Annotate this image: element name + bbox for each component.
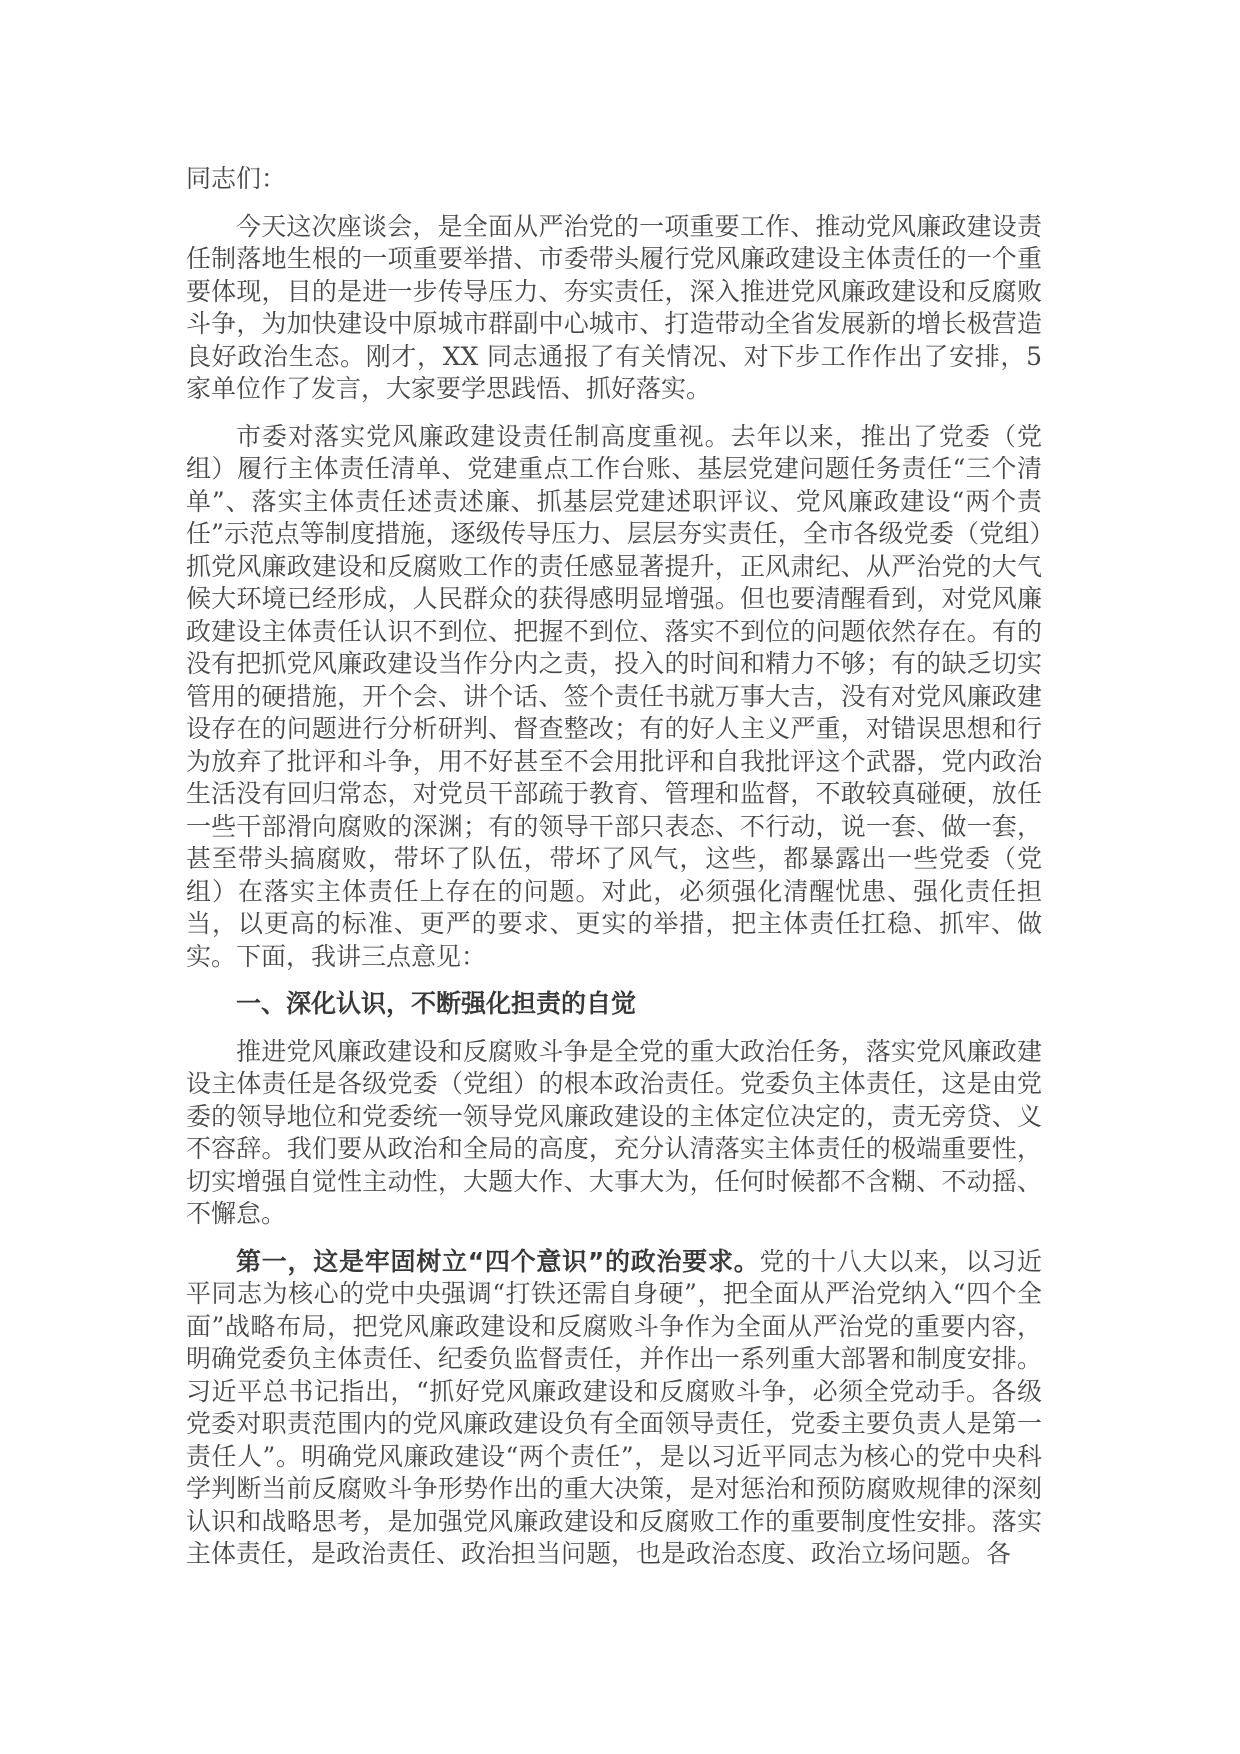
section-heading-1: 一、深化认识，不断强化担责的自觉 (186, 988, 1042, 1021)
point-1-lead-bold: 第一，这是牢固树立“四个意识”的政治要求。 (236, 1247, 760, 1276)
document-page: 同志们： 今天这次座谈会，是全面从严治党的一项重要工作、推动党风廉政建设责任制落… (0, 0, 1240, 1754)
paragraph-point-1: 第一，这是牢固树立“四个意识”的政治要求。党的十八大以来，以习近平同志为核心的党… (186, 1246, 1042, 1571)
paragraph-meeting-intro: 今天这次座谈会，是全面从严治党的一项重要工作、推动党风廉政建设责任制落地生根的一… (186, 211, 1042, 406)
paragraph-situation-analysis: 市委对落实党风廉政建设责任制高度重视。去年以来，推出了党委（党组）履行主体责任清… (186, 421, 1042, 974)
point-1-body-text: 党的十八大以来，以习近平同志为核心的党中央强调“打铁还需自身硬”，把全面从严治党… (186, 1247, 1042, 1569)
document-content: 同志们： 今天这次座谈会，是全面从严治党的一项重要工作、推动党风廉政建设责任制落… (186, 148, 1042, 1586)
paragraph-section1-opening: 推进党风廉政建设和反腐败斗争是全党的重大政治任务，落实党风廉政建设主体责任是各级… (186, 1036, 1042, 1231)
salutation: 同志们： (186, 163, 1042, 196)
